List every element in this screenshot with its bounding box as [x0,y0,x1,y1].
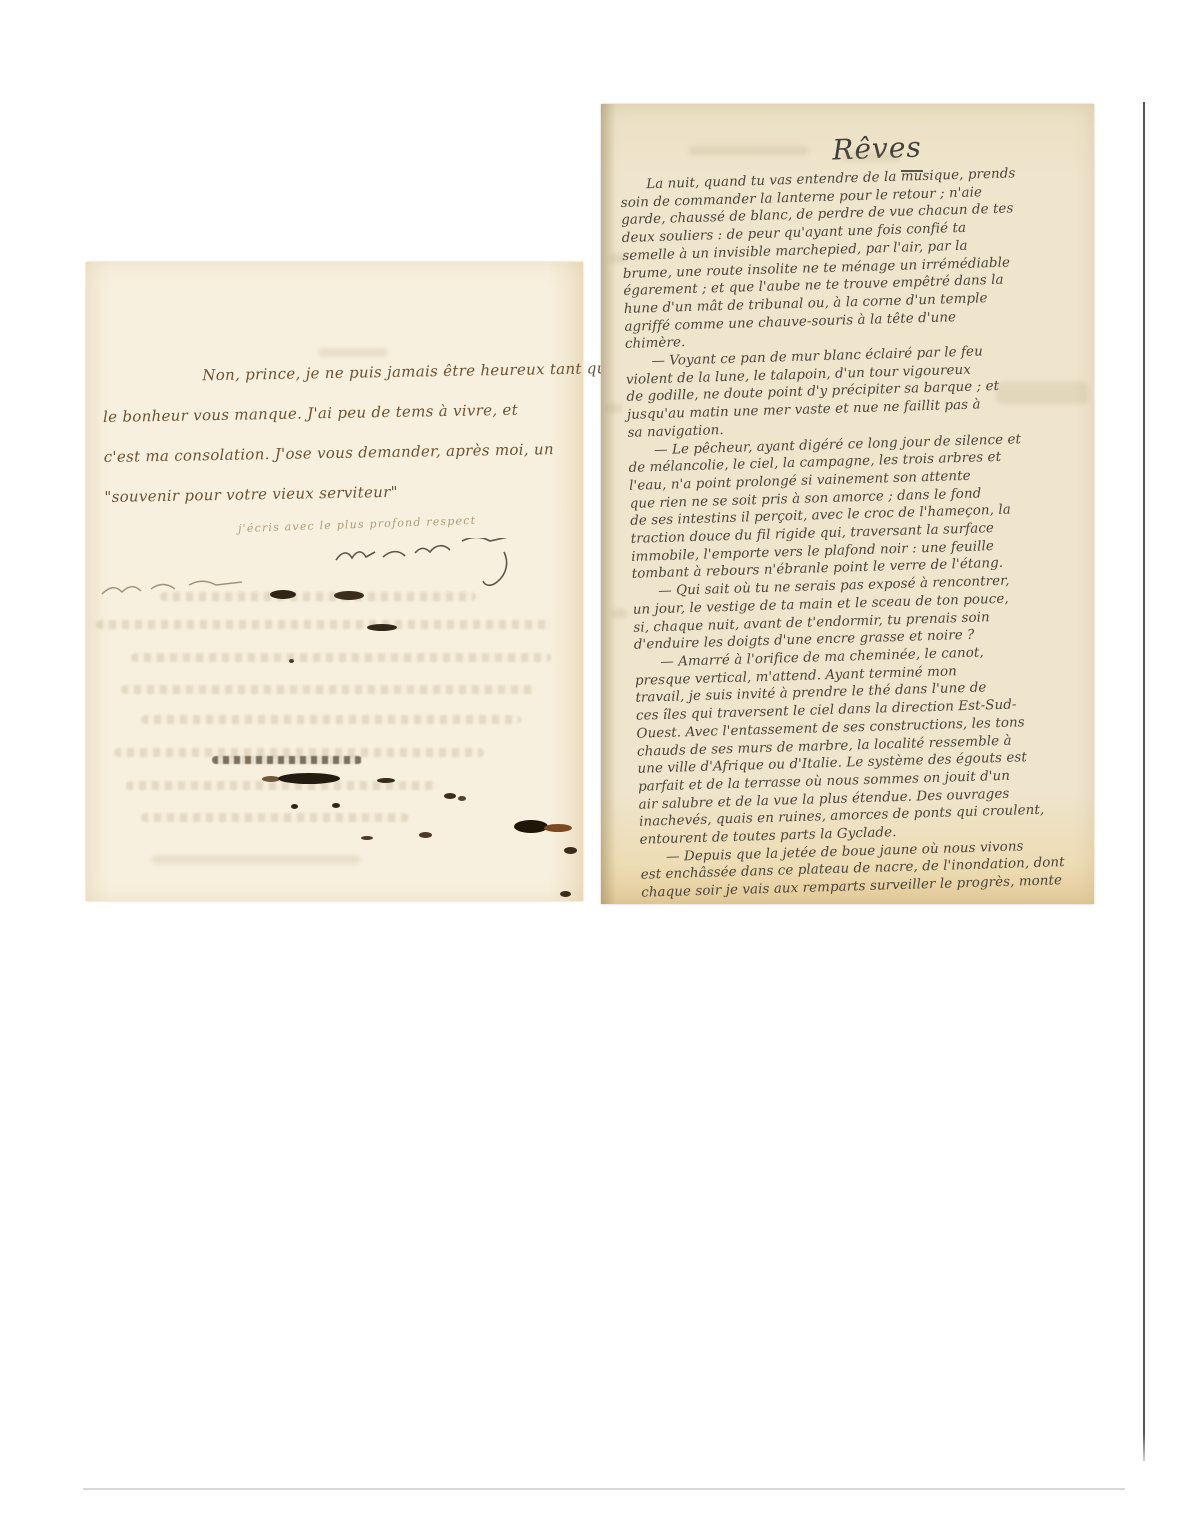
ink-bleedthrough [160,592,476,601]
letter-postscript: j'écris avec le plus profond respect [238,514,477,535]
ink-bleedthrough [606,404,622,413]
page-title: Rêves [832,130,923,166]
ink-bleedthrough [96,620,551,629]
ink-blot [458,796,466,801]
ink-blot [444,793,456,799]
ink-blot [514,820,548,833]
horizontal-divider-line [83,1488,1125,1490]
ink-blot [377,778,395,783]
ink-bleedthrough [611,609,627,618]
ink-blot [544,824,572,832]
ink-blot [289,659,294,663]
ink-blot [564,847,577,854]
ink-smudge [212,756,362,764]
ink-bleedthrough [141,715,521,724]
ink-bleedthrough [151,855,361,864]
ink-bleedthrough [609,254,627,263]
ink-bleedthrough [689,146,809,155]
manuscript-line: "souvenir pour votre vieux serviteur" [104,469,577,517]
ink-bleedthrough [141,813,409,822]
ink-blot [334,591,364,600]
left-manuscript-page: Non, prince, je ne puis jamais être heur… [86,262,583,901]
manuscript-text-block: La nuit, quand tu vas entendre de la mus… [620,163,1111,902]
ink-bleedthrough [318,348,388,357]
ink-bleedthrough [121,685,536,694]
ink-blot [332,803,340,808]
vertical-divider-line [1143,102,1145,1461]
ink-blot [278,773,340,784]
ink-bleedthrough [131,653,551,662]
manuscript-line: c'est ma consolation. J'ose vous demande… [103,429,576,477]
signature-scribble [236,538,546,594]
ink-blot [419,832,432,838]
ink-blot [367,624,397,631]
letter-text-block: Non, prince, je ne puis jamais être heur… [102,349,577,517]
ink-bleedthrough [841,152,901,161]
ink-blot [291,804,298,809]
ink-blot [361,836,373,840]
ink-bleedthrough [996,382,1088,404]
ink-blot [560,891,571,897]
right-manuscript-page: Rêves La nuit, quand tu vas entendre de … [601,104,1094,904]
manuscript-scan-viewer: Non, prince, je ne puis jamais être heur… [0,0,1197,1538]
ink-blot [270,590,296,599]
